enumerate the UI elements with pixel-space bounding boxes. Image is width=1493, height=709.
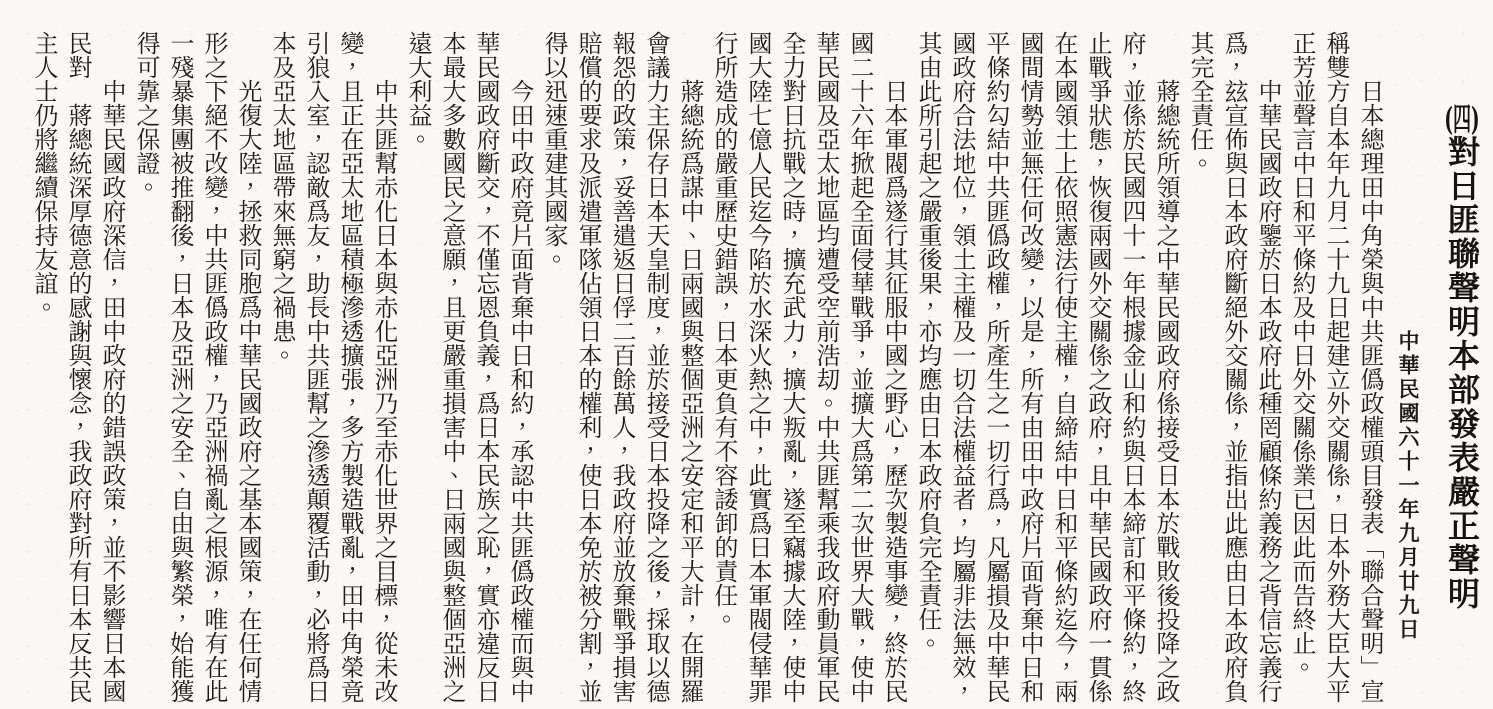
paragraph-2: 中華民國政府鑒於日本政府此種罔顧條約義務之背信忘義行爲，玆宣佈與日本政府斷絕外交… xyxy=(1183,31,1285,703)
scanned-document-page: (四)對日匪聯聲明本部發表嚴正聲明 中華民國六十一年九月廿九日 日本總理田中角榮… xyxy=(0,0,1493,709)
paragraph-8: 光復大陸，拯救同胞爲中華民國政府之基本國策，在任何情形之下絕不改變，中共匪僞政權… xyxy=(129,31,265,703)
paragraph-3: 蔣總統所領導之中華民國政府係接受日本於戰敗後投降之政府，並係於民國四十一年根據金… xyxy=(911,31,1183,703)
document-title-text: 對日匪聯聲明本部發表嚴正聲明 xyxy=(1443,135,1481,611)
paragraph-5: 蔣總統爲謀中、日兩國與整個亞洲之安定和平大計，在開羅會議力主保存日本天皇制度，並… xyxy=(537,31,707,703)
paragraph-7: 中共匪幫赤化日本與赤化亞洲乃至赤化世界之目標，從未改變，且正在亞太地區積極滲透擴… xyxy=(265,31,401,703)
paragraph-6: 今田中政府竟片面背棄中日和約，承認中共匪僞政權而與中華民國政府斷交，不僅忘恩負義… xyxy=(401,31,537,703)
document-date: 中華民國六十一年九月廿九日 xyxy=(1387,31,1429,703)
paragraph-1: 日本總理田中角榮與中共匪僞政權頭目發表「聯合聲明」宣稱雙方自本年九月二十九日起建… xyxy=(1285,31,1387,703)
document-title: (四)對日匪聯聲明本部發表嚴正聲明 xyxy=(1437,31,1487,703)
paragraph-4: 日本軍閥爲遂行其征服中國之野心，歷次製造事變，終於民國二十六年掀起全面侵華戰爭，… xyxy=(707,31,911,703)
paragraph-9: 中華民國政府深信，田中政府的錯誤政策，並不影響日本國民對 蔣總統深厚德意的感謝與… xyxy=(27,31,129,703)
section-number: (四) xyxy=(1443,103,1481,135)
statement-document: (四)對日匪聯聲明本部發表嚴正聲明 中華民國六十一年九月廿九日 日本總理田中角榮… xyxy=(0,0,1493,709)
